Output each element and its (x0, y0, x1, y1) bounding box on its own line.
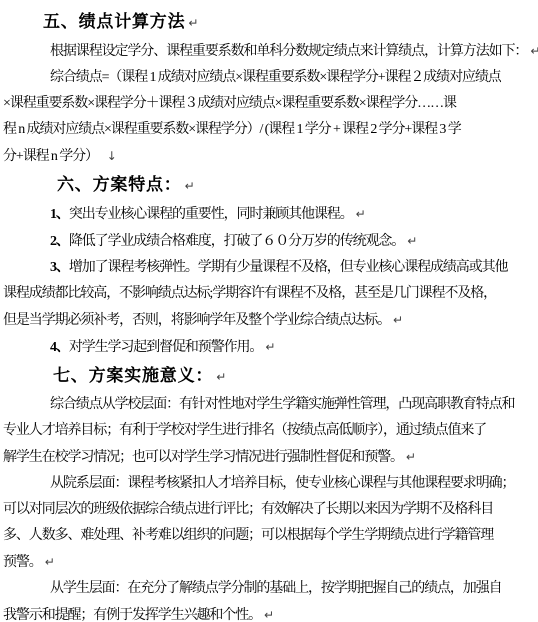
paragraph-mark-icon: ↵ (356, 207, 366, 221)
paragraph-text: 降低了学业成绩合格难度，打破了６０分万岁的传统观念。 (69, 234, 404, 249)
student-level-paragraph: 从学生层面：在充分了解绩点学分制的基础上，按学期把握自己的绩点，加强自 我警示和… (3, 576, 532, 622)
feature-item-4: 4、对学生学习起到督促和预警作用。↵ (3, 334, 532, 361)
paragraph-text: 从学生层面：在充分了解绩点学分制的基础上，按学期把握自己的绩点，加强自 我警示和… (3, 581, 502, 622)
paragraph-mark-icon: ↵ (393, 313, 403, 327)
paragraph-mark-icon: ↵ (407, 234, 417, 248)
gpa-formula-paragraph: 综合绩点=（课程 1 成绩对应绩点×课程重要系数×课程学分+课程２成绩对应绩点 … (3, 65, 532, 170)
section-heading-5: 五、绩点计算方法↵ (3, 9, 532, 36)
paragraph-mark-icon: ↵ (265, 340, 275, 354)
section-heading-6: 六、方案特点：↵ (3, 172, 532, 199)
heading-text: 六、方案特点： (57, 175, 182, 194)
paragraph-mark-icon: ↵ (216, 370, 226, 384)
paragraph-text: 从院系层面：课程考核紧扣人才培养目标，使专业核心课程与其他课程要求明确； 可以对… (3, 476, 514, 570)
paragraph-mark-icon: ↵ (45, 555, 55, 569)
paragraph-text: 综合绩点从学校层面：有针对性地对学生学籍实施弹性管理，凸现高职教育特点和 专业人… (3, 397, 514, 465)
paragraph-text: 综合绩点=（课程 1 成绩对应绩点×课程重要系数×课程学分+课程２成绩对应绩点 … (3, 70, 501, 164)
paragraph-mark-icon: ↵ (185, 179, 195, 193)
intro-paragraph: 根据课程设定学分、课程重要系数和单科分数规定绩点来计算绩点，计算方法如下：↵ (3, 38, 532, 65)
paragraph-text: 对学生学习起到督促和预警作用。 (69, 340, 263, 355)
item-number: 2、 (50, 234, 69, 249)
feature-item-1: 1、突出专业核心课程的重要性，同时兼顾其他课程。↵ (3, 201, 532, 228)
paragraph-mark-icon: ↵ (406, 450, 416, 464)
paragraph-text: 根据课程设定学分、课程重要系数和单科分数规定绩点来计算绩点，计算方法如下： (50, 44, 527, 59)
heading-text: 七、方案实施意义： (53, 366, 213, 385)
paragraph-mark-icon: ↵ (530, 44, 538, 58)
document-page: 五、绩点计算方法↵ 根据课程设定学分、课程重要系数和单科分数规定绩点来计算绩点，… (0, 0, 538, 622)
paragraph-mark-icon: ↵ (264, 608, 274, 622)
school-level-paragraph: 综合绩点从学校层面：有针对性地对学生学籍实施弹性管理，凸现高职教育特点和 专业人… (3, 392, 532, 471)
section-heading-7: 七、方案实施意义：↵ (3, 363, 532, 390)
paragraph-text: 增加了课程考核弹性。学期有少量课程不及格，但专业核心课程成绩高或其他 课程成绩都… (3, 260, 507, 328)
line-break-mark-icon: ↓ (107, 149, 117, 163)
paragraph-mark-icon: ↵ (188, 16, 198, 30)
item-number: 4、 (50, 340, 69, 355)
item-number: 1、 (50, 207, 69, 222)
department-level-paragraph: 从院系层面：课程考核紧扣人才培养目标，使专业核心课程与其他课程要求明确； 可以对… (3, 471, 532, 576)
heading-text: 五、绩点计算方法 (43, 12, 185, 31)
feature-item-3: 3、增加了课程考核弹性。学期有少量课程不及格，但专业核心课程成绩高或其他 课程成… (3, 255, 532, 334)
paragraph-text: 突出专业核心课程的重要性，同时兼顾其他课程。 (69, 207, 353, 222)
item-number: 3、 (50, 260, 69, 275)
feature-item-2: 2、降低了学业成绩合格难度，打破了６０分万岁的传统观念。↵ (3, 228, 532, 255)
